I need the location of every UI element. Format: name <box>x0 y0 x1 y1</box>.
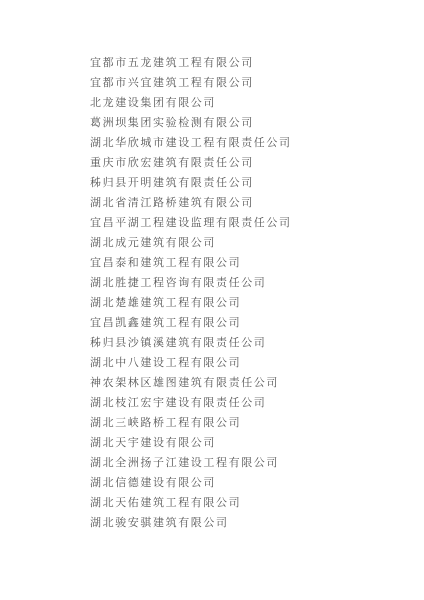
company-list-item: 湖北中八建设工程有限公司 <box>90 353 292 373</box>
company-list-item: 宜昌泰和建筑工程有限公司 <box>90 253 292 273</box>
company-list-item: 湖北信德建设有限公司 <box>90 473 292 493</box>
company-list-item: 重庆市欣宏建筑有限责任公司 <box>90 153 292 173</box>
company-list-item: 湖北枝江宏宇建设有限责任公司 <box>90 393 292 413</box>
company-list-item: 湖北天宇建设有限公司 <box>90 433 292 453</box>
company-list-item: 秭归县沙镇溪建筑有限责任公司 <box>90 333 292 353</box>
company-list-item: 湖北胜捷工程咨询有限责任公司 <box>90 273 292 293</box>
company-list-item: 秭归县开明建筑有限责任公司 <box>90 173 292 193</box>
company-list: 宜都市五龙建筑工程有限公司 宜都市兴宜建筑工程有限公司 北龙建设集团有限公司 葛… <box>90 53 292 533</box>
company-list-item: 湖北华欣城市建设工程有限责任公司 <box>90 133 292 153</box>
company-list-item: 葛洲坝集团实验检测有限公司 <box>90 113 292 133</box>
company-list-item: 宜昌凯鑫建筑工程有限公司 <box>90 313 292 333</box>
company-list-item: 湖北骏安骐建筑有限公司 <box>90 513 292 533</box>
company-list-item: 北龙建设集团有限公司 <box>90 93 292 113</box>
company-list-item: 湖北三峡路桥工程有限公司 <box>90 413 292 433</box>
company-list-item: 湖北天佑建筑工程有限公司 <box>90 493 292 513</box>
company-list-item: 湖北省清江路桥建筑有限公司 <box>90 193 292 213</box>
company-list-item: 湖北全洲扬子江建设工程有限公司 <box>90 453 292 473</box>
company-list-item: 湖北楚雄建筑工程有限公司 <box>90 293 292 313</box>
company-list-item: 湖北成元建筑有限公司 <box>90 233 292 253</box>
company-list-item: 宜都市五龙建筑工程有限公司 <box>90 53 292 73</box>
company-list-item: 宜都市兴宜建筑工程有限公司 <box>90 73 292 93</box>
company-list-item: 神农架林区雄图建筑有限责任公司 <box>90 373 292 393</box>
document-page: 宜都市五龙建筑工程有限公司 宜都市兴宜建筑工程有限公司 北龙建设集团有限公司 葛… <box>0 0 424 600</box>
company-list-item: 宜昌平湖工程建设监理有限责任公司 <box>90 213 292 233</box>
